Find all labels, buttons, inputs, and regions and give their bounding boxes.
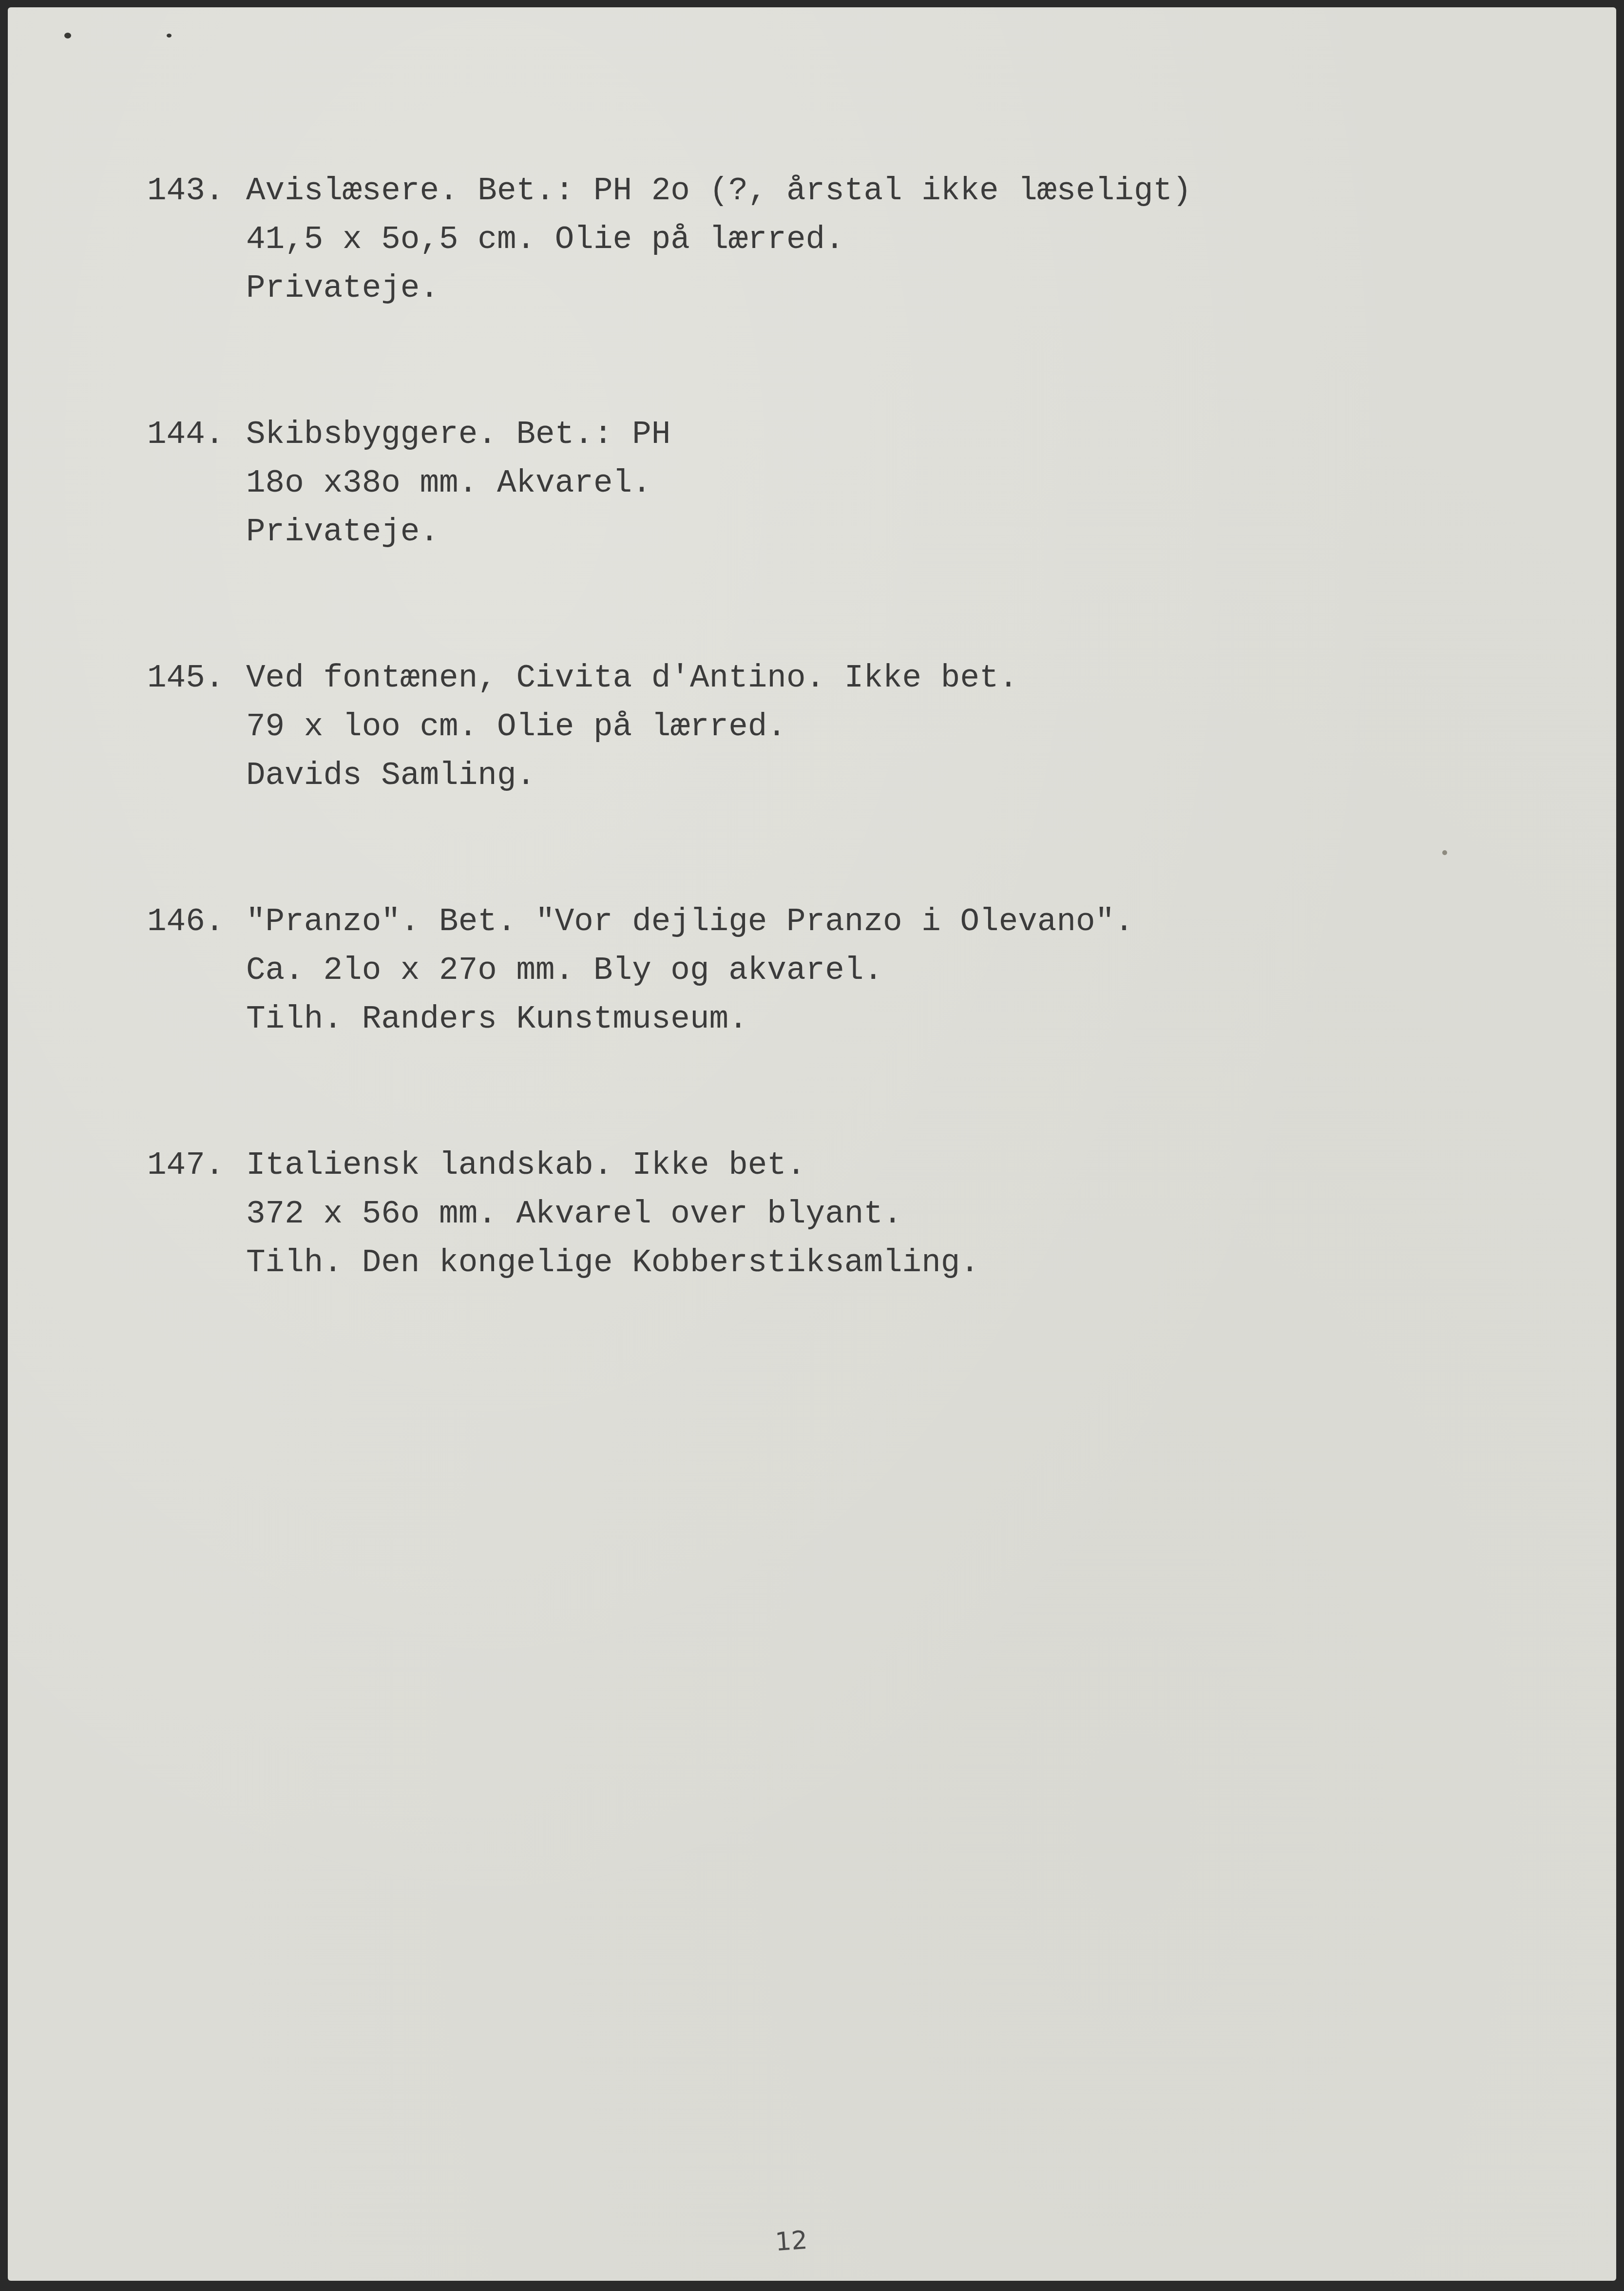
entry-owner-line: Davids Samling.: [147, 751, 1192, 800]
entry-dimensions: Ca. 2lo x 27o mm. Bly og akvarel.: [246, 946, 883, 995]
entry-title: Ved fontænen, Civita d'Antino. Ikke bet.: [246, 654, 1018, 703]
entry-dimensions-line: 79 x loo cm. Olie på lærred.: [147, 703, 1192, 751]
entry-owner: Privateje.: [246, 508, 439, 556]
catalogue-entry-146: 146."Pranzo". Bet. "Vor dejlige Pranzo i…: [147, 897, 1192, 1044]
entry-dimensions-line: 41,5 x 5o,5 cm. Olie på lærred.: [147, 215, 1192, 264]
catalogue-entry-145: 145.Ved fontænen, Civita d'Antino. Ikke …: [147, 654, 1192, 800]
handwritten-page-number: 12: [774, 2226, 808, 2257]
punch-hole-mark: [64, 33, 71, 38]
entry-title: Avislæsere. Bet.: PH 2o (?, årstal ikke …: [246, 167, 1192, 215]
entry-owner: Privateje.: [246, 264, 439, 313]
entry-number: 144.: [147, 410, 246, 459]
entry-owner: Tilh. Randers Kunstmuseum.: [246, 995, 748, 1044]
entry-title: Italiensk landskab. Ikke bet.: [246, 1141, 806, 1190]
entry-title-line: 144.Skibsbyggere. Bet.: PH: [147, 410, 1192, 459]
entry-owner: Davids Samling.: [246, 751, 535, 800]
entry-dimensions: 79 x loo cm. Olie på lærred.: [246, 703, 786, 751]
catalogue-entries: 143.Avislæsere. Bet.: PH 2o (?, årstal i…: [147, 167, 1192, 1385]
entry-owner-line: Privateje.: [147, 264, 1192, 313]
paper-speck: [1442, 850, 1447, 855]
entry-title: Skibsbyggere. Bet.: PH: [246, 410, 670, 459]
entry-title: "Pranzo". Bet. "Vor dejlige Pranzo i Ole…: [246, 897, 1134, 946]
catalogue-entry-147: 147.Italiensk landskab. Ikke bet. 372 x …: [147, 1141, 1192, 1287]
entry-number: 145.: [147, 654, 246, 703]
entry-dimensions: 372 x 56o mm. Akvarel over blyant.: [246, 1190, 902, 1239]
document-page: 143.Avislæsere. Bet.: PH 2o (?, årstal i…: [8, 7, 1616, 2281]
entry-dimensions: 41,5 x 5o,5 cm. Olie på lærred.: [246, 215, 844, 264]
catalogue-entry-143: 143.Avislæsere. Bet.: PH 2o (?, årstal i…: [147, 167, 1192, 313]
entry-owner-line: Privateje.: [147, 508, 1192, 556]
entry-owner: Tilh. Den kongelige Kobberstiksamling.: [246, 1239, 979, 1287]
entry-title-line: 143.Avislæsere. Bet.: PH 2o (?, årstal i…: [147, 167, 1192, 215]
entry-owner-line: Tilh. Den kongelige Kobberstiksamling.: [147, 1239, 1192, 1287]
entry-dimensions-line: Ca. 2lo x 27o mm. Bly og akvarel.: [147, 946, 1192, 995]
entry-number: 143.: [147, 167, 246, 215]
entry-title-line: 145.Ved fontænen, Civita d'Antino. Ikke …: [147, 654, 1192, 703]
entry-dimensions-line: 18o x38o mm. Akvarel.: [147, 459, 1192, 508]
entry-number: 147.: [147, 1141, 246, 1190]
entry-title-line: 146."Pranzo". Bet. "Vor dejlige Pranzo i…: [147, 897, 1192, 946]
entry-dimensions-line: 372 x 56o mm. Akvarel over blyant.: [147, 1190, 1192, 1239]
entry-owner-line: Tilh. Randers Kunstmuseum.: [147, 995, 1192, 1044]
entry-number: 146.: [147, 897, 246, 946]
catalogue-entry-144: 144.Skibsbyggere. Bet.: PH 18o x38o mm. …: [147, 410, 1192, 556]
entry-title-line: 147.Italiensk landskab. Ikke bet.: [147, 1141, 1192, 1190]
entry-dimensions: 18o x38o mm. Akvarel.: [246, 459, 651, 508]
punch-hole-mark: [167, 34, 172, 38]
